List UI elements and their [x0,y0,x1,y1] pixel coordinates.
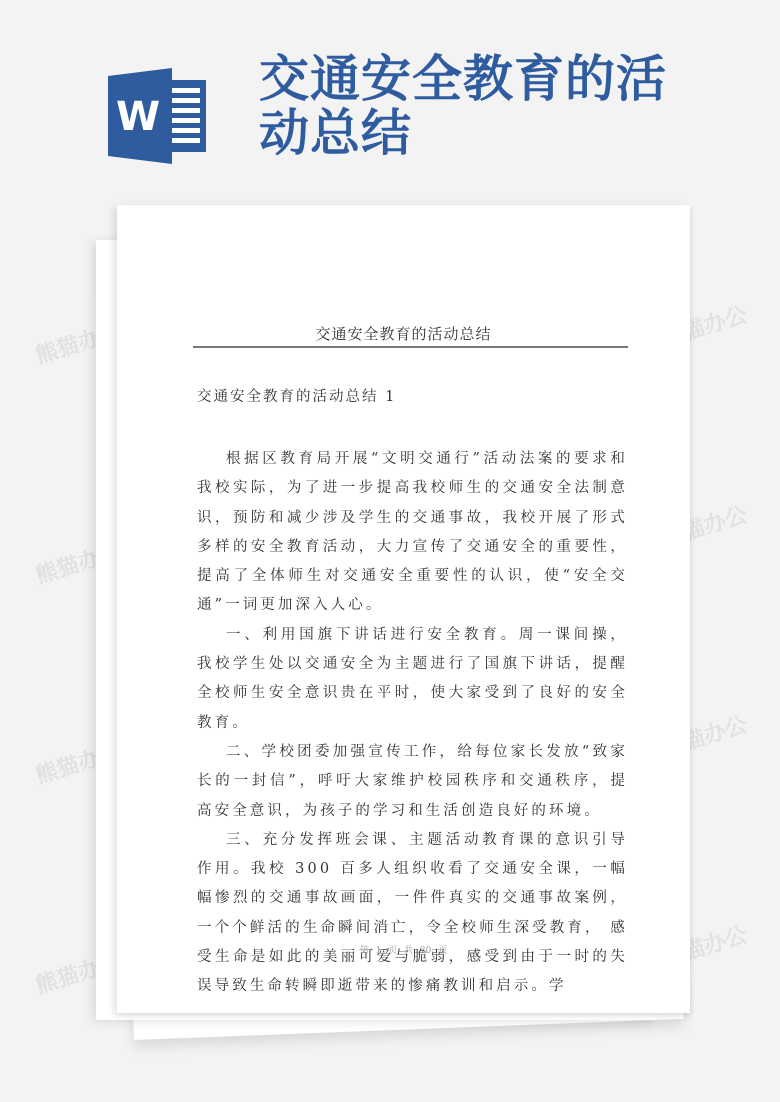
header-divider [193,346,628,348]
document-body: 根据区教育局开展“文明交通行”活动法案的要求和我校实际，为了进一步提高我校师生的… [197,445,628,1002]
paragraph: 三、充分发挥班会课、主题活动教育课的意识引导作用。我校 300 百多人组织收看了… [197,826,628,1002]
paragraph: 一、利用国旗下讲话进行安全教育。周一课间操，我校学生处以交通安全为主题进行了国旗… [197,621,628,738]
page-header-title: 交通安全教育的活动总结 [117,323,690,344]
word-document-icon: W [108,68,208,164]
banner-title: 交通安全教育的活动总结 [259,52,699,160]
paragraph: 根据区教育局开展“文明交通行”活动法案的要求和我校实际，为了进一步提高我校师生的… [197,445,628,621]
page-number-footer: 第 1 页 共 30 页 [117,943,690,956]
paragraph: 二、学校团委加强宣传工作，给每位家长发放“致家长的一封信”，呼吁大家维护校园秩序… [197,738,628,826]
svg-text:W: W [116,94,160,140]
document-page: 交通安全教育的活动总结 交通安全教育的活动总结 1 根据区教育局开展“文明交通行… [117,205,690,1013]
section-title: 交通安全教育的活动总结 1 [197,385,396,406]
